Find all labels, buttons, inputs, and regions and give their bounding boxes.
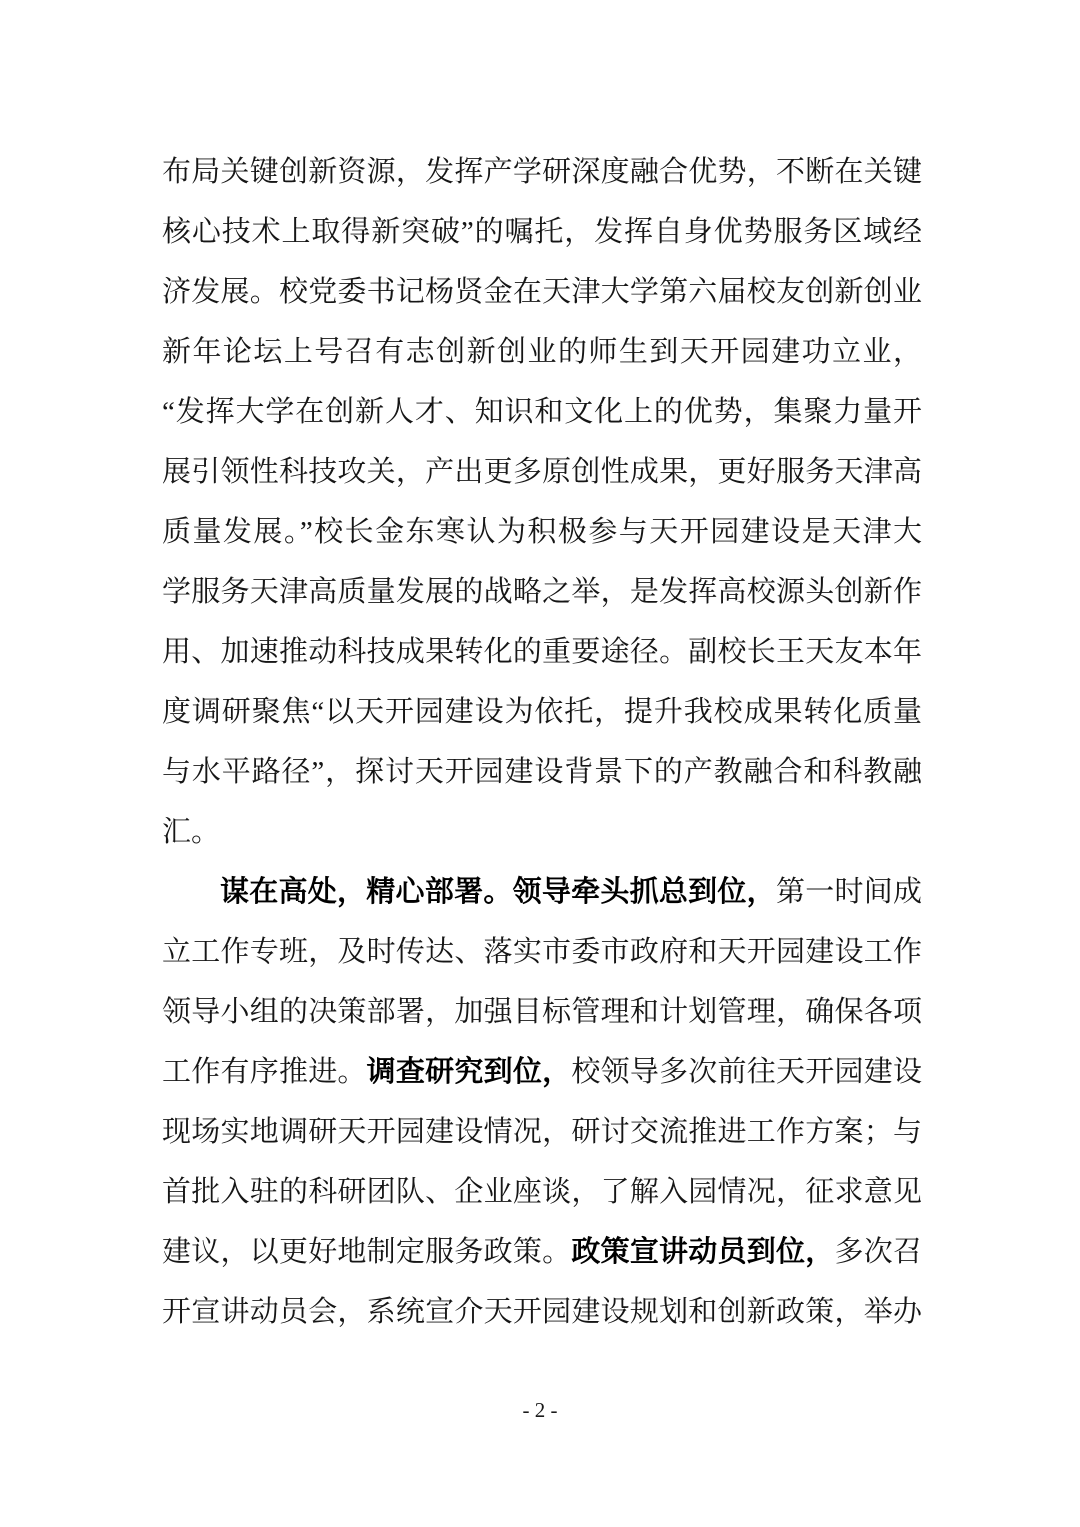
text-line: 工作有序推进。调查研究到位，校领导多次前往天开园建设: [162, 1042, 922, 1102]
text-line: 开宣讲动员会，系统宣介天开园建设规划和创新政策，举办: [162, 1282, 922, 1342]
document-page: 布局关键创新资源，发挥产学研深度融合优势，不断在关键 核心技术上取得新突破”的嘱…: [0, 0, 1080, 1527]
document-body: 布局关键创新资源，发挥产学研深度融合优势，不断在关键 核心技术上取得新突破”的嘱…: [162, 142, 922, 1342]
text-line: 与水平路径”，探讨天开园建设背景下的产教融合和科教融: [162, 742, 922, 802]
text-line: 新年论坛上号召有志创新创业的师生到天开园建功立业，: [162, 322, 922, 382]
text-line: “发挥大学在创新人才、知识和文化上的优势，集聚力量开: [162, 382, 922, 442]
text-line: 现场实地调研天开园建设情况，研讨交流推进工作方案；与: [162, 1102, 922, 1162]
text-line: 展引领性科技攻关，产出更多原创性成果，更好服务天津高: [162, 442, 922, 502]
text-line: 核心技术上取得新突破”的嘱托，发挥自身优势服务区域经: [162, 202, 922, 262]
text-segment: 建议，以更好地制定服务政策。: [162, 1236, 571, 1268]
text-segment: 第一时间成: [776, 876, 922, 908]
text-line: 质量发展。”校长金东寒认为积极参与天开园建设是天津大: [162, 502, 922, 562]
bold-heading-inline: 调查研究到位，: [367, 1056, 572, 1088]
text-segment: 校领导多次前往天开园建设: [571, 1056, 922, 1088]
text-segment: 多次召: [835, 1236, 922, 1268]
text-line: 立工作专班，及时传达、落实市委市政府和天开园建设工作: [162, 922, 922, 982]
text-line: 学服务天津高质量发展的战略之举，是发挥高校源头创新作: [162, 562, 922, 622]
page-number: - 2 -: [0, 1394, 1080, 1426]
text-line: 济发展。校党委书记杨贤金在天津大学第六届校友创新创业: [162, 262, 922, 322]
text-line: 首批入驻的科研团队、企业座谈，了解入园情况，征求意见: [162, 1162, 922, 1222]
bold-heading-inline: 谋在高处，精心部署。领导牵头抓总到位，: [220, 876, 776, 908]
text-line: 用、加速推动科技成果转化的重要途径。副校长王天友本年: [162, 622, 922, 682]
text-line: 谋在高处，精心部署。领导牵头抓总到位，第一时间成: [162, 862, 922, 922]
text-line: 度调研聚焦“以天开园建设为依托，提升我校成果转化质量: [162, 682, 922, 742]
text-line: 布局关键创新资源，发挥产学研深度融合优势，不断在关键: [162, 142, 922, 202]
text-line: 领导小组的决策部署，加强目标管理和计划管理，确保各项: [162, 982, 922, 1042]
bold-heading-inline: 政策宣讲动员到位，: [571, 1236, 834, 1268]
text-line: 建议，以更好地制定服务政策。政策宣讲动员到位，多次召: [162, 1222, 922, 1282]
text-line: 汇。: [162, 802, 922, 862]
text-segment: 工作有序推进。: [162, 1056, 367, 1088]
